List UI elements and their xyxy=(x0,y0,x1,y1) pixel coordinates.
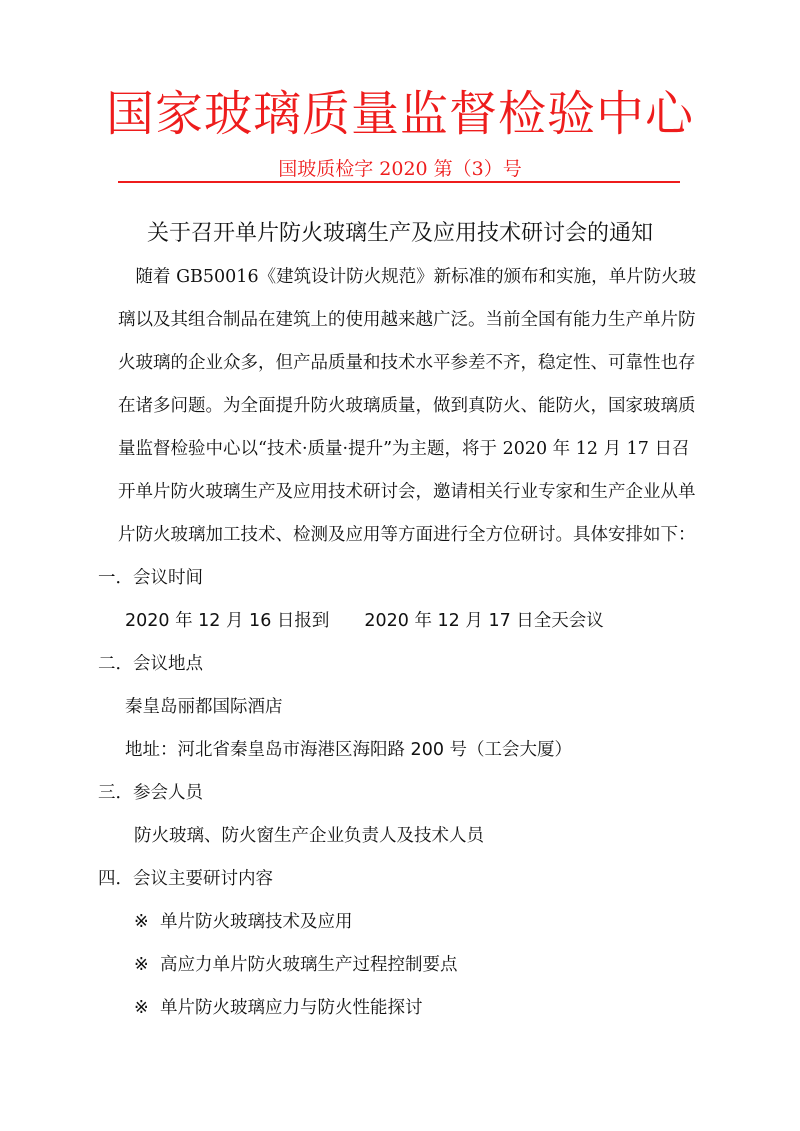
section-heading-time: 一．会议时间 xyxy=(98,566,203,590)
org-title: 国家玻璃质量监督检验中心 xyxy=(0,84,800,144)
reference-mark-icon: ※ xyxy=(134,953,160,977)
intro-line: 在诸多问题。为全面提升防火玻璃质量，做到真防火、能防火，国家玻璃质 xyxy=(118,394,680,418)
intro-line: 璃以及其组合制品在建筑上的使用越来越广泛。当前全国有能力生产单片防 xyxy=(118,308,680,332)
topic-label: 高应力单片防火玻璃生产过程控制要点 xyxy=(160,955,458,975)
section-heading-topics: 四．会议主要研讨内容 xyxy=(98,867,273,891)
reference-mark-icon: ※ xyxy=(134,910,160,934)
intro-line: 量监督检验中心以“技术·质量·提升”为主题，将于 2020 年 12 月 17 … xyxy=(118,437,680,461)
topic-item: ※高应力单片防火玻璃生产过程控制要点 xyxy=(134,953,458,977)
notice-title: 关于召开单片防火玻璃生产及应用技术研讨会的通知 xyxy=(0,219,800,249)
reference-mark-icon: ※ xyxy=(134,996,160,1020)
section-heading-location: 二．会议地点 xyxy=(98,652,203,676)
venue-name: 秦皇岛丽都国际酒店 xyxy=(125,695,283,719)
intro-line: 开单片防火玻璃生产及应用技术研讨会，邀请相关行业专家和生产企业从单 xyxy=(118,480,680,504)
document-number: 国玻质检字 2020 第（3）号 xyxy=(0,156,800,182)
intro-line: 片防火玻璃加工技术、检测及应用等方面进行全方位研讨。具体安排如下： xyxy=(118,523,680,547)
topic-item: ※单片防火玻璃技术及应用 xyxy=(134,910,353,934)
meeting-dates: 2020 年 12 月 16 日报到 2020 年 12 月 17 日全天会议 xyxy=(125,609,604,633)
topic-label: 单片防火玻璃技术及应用 xyxy=(160,912,353,932)
topic-item: ※单片防火玻璃应力与防火性能探讨 xyxy=(134,996,423,1020)
document-page: 国家玻璃质量监督检验中心 国玻质检字 2020 第（3）号 关于召开单片防火玻璃… xyxy=(0,0,800,1131)
attendees-text: 防火玻璃、防火窗生产企业负责人及技术人员 xyxy=(134,824,484,848)
intro-line: 火玻璃的企业众多，但产品质量和技术水平参差不齐，稳定性、可靠性也存 xyxy=(118,351,680,375)
venue-address: 地址：河北省秦皇岛市海港区海阳路 200 号（工会大厦） xyxy=(125,738,572,762)
header-divider xyxy=(118,181,680,183)
section-heading-attendees: 三．参会人员 xyxy=(98,781,203,805)
topic-label: 单片防火玻璃应力与防火性能探讨 xyxy=(160,998,423,1018)
intro-line: 随着 GB50016《建筑设计防火规范》新标准的颁布和实施，单片防火玻 xyxy=(118,265,680,289)
